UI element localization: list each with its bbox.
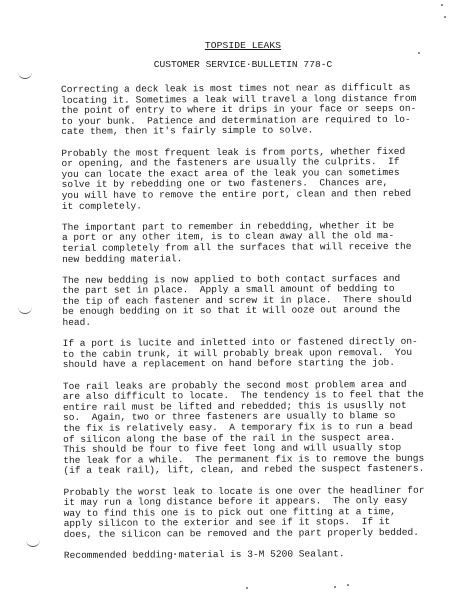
paragraph: Toe rail leaks are probably the second m… xyxy=(63,379,464,477)
document-subtitle: CUSTOMER SERVICE·BULLETIN 778-C xyxy=(0,59,474,70)
paragraph: Probably the worst leak to locate is one… xyxy=(63,485,463,540)
paragraph: The new bedding is now applied to both c… xyxy=(62,273,462,328)
document-title: TOPSIDE LEAKS xyxy=(0,40,474,51)
paragraph: Probably the most frequent leak is from … xyxy=(61,146,461,212)
scan-speck xyxy=(246,587,248,589)
scan-speck xyxy=(444,16,446,18)
paragraph: The important part to remember in rebedd… xyxy=(62,220,462,265)
text-line: it completely. xyxy=(62,199,462,212)
document-page: TOPSIDE LEAKS CUSTOMER SERVICE·BULLETIN … xyxy=(0,0,474,603)
text-line: new bedding material. xyxy=(62,252,462,265)
hole-punch-mark-bottom xyxy=(26,540,40,547)
hole-punch-mark-middle xyxy=(18,307,32,314)
scan-speck xyxy=(441,4,443,6)
document-body: Correcting a deck leak is most times not… xyxy=(61,83,464,573)
paragraph: If a port is lucite and inletted into or… xyxy=(63,337,463,371)
text-line: Recommended bedding material is 3-M 5200… xyxy=(64,549,464,562)
hole-punch-mark-top xyxy=(18,72,32,79)
scan-speck xyxy=(347,584,349,586)
text-line: should have a replacement on hand before… xyxy=(63,358,463,371)
paragraph: Recommended bedding material is 3-M 5200… xyxy=(64,549,464,562)
text-line: does, the silicon can be removed and the… xyxy=(64,527,464,540)
text-line: (if a teak rail), lift, clean, and rebed… xyxy=(63,464,463,477)
scan-speck xyxy=(334,586,336,588)
text-line: cate them, then it's fairly simple to so… xyxy=(61,125,461,138)
paragraph: Correcting a deck leak is most times not… xyxy=(61,83,461,138)
scan-speck xyxy=(418,52,420,54)
